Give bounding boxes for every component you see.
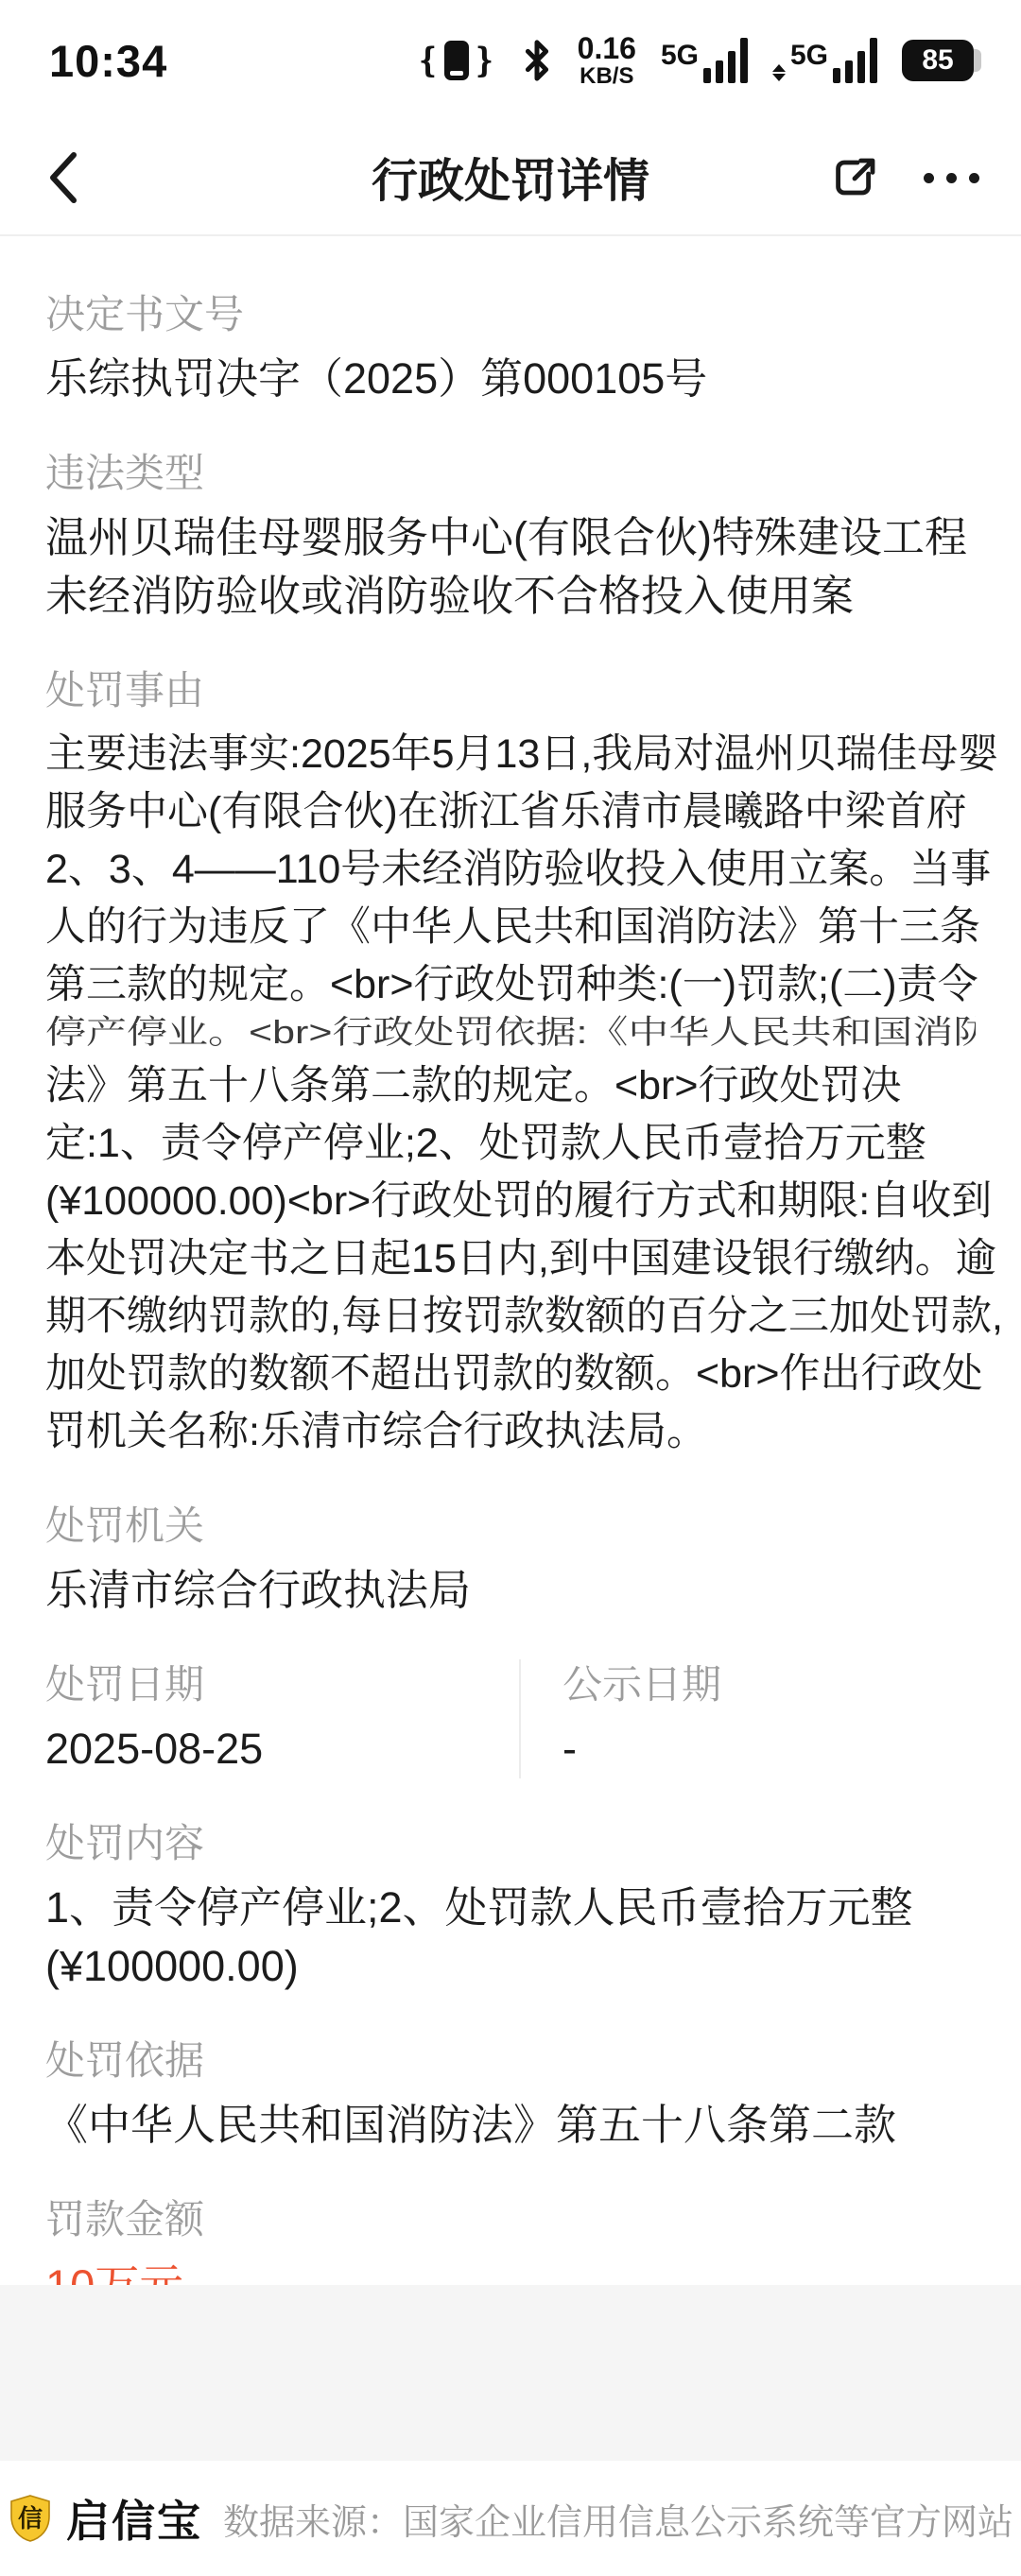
- data-arrows-icon: [772, 64, 786, 81]
- signal-bars-icon: [833, 38, 877, 83]
- status-icons: ❴ ❵ 0.16 KB/S 5G 5G 85: [416, 33, 974, 88]
- section-fine-amount: 罚款金额 10万元: [45, 2194, 976, 2285]
- svg-text:信: 信: [18, 2504, 43, 2533]
- network-speed-unit: KB/S: [580, 65, 633, 88]
- field-label: 处罚机关: [45, 1501, 976, 1552]
- text-line-clipped: 停产停业。<br>行政处罚依据:《中华人民共和国消防: [45, 1014, 976, 1057]
- section-penalty-content: 处罚内容 1、责令停产停业;2、处罚款人民币壹拾万元整(¥100000.00): [45, 1818, 976, 1996]
- bluetooth-icon: [521, 39, 553, 82]
- network-speed-value: 0.16: [578, 33, 636, 63]
- more-button[interactable]: [924, 173, 979, 183]
- brand-name: 启信宝: [66, 2487, 202, 2550]
- field-label: 公示日期: [562, 1659, 976, 1710]
- status-time: 10:34: [49, 35, 167, 87]
- text-line: 定:1、责令停产停业;2、处罚款人民币壹拾万元整: [45, 1115, 976, 1173]
- field-value: 2025-08-25: [45, 1720, 519, 1778]
- status-bar: 10:34 ❴ ❵ 0.16 KB/S 5G 5G: [0, 0, 1021, 121]
- field-label: 决定书文号: [45, 289, 976, 340]
- vibrate-icon: ❴ ❵: [416, 41, 495, 80]
- field-label: 罚款金额: [45, 2194, 976, 2245]
- field-value: -: [562, 1720, 976, 1778]
- field-value: 温州贝瑞佳母婴服务中心(有限合伙)特殊建设工程未经消防验收或消防验收不合格投入使…: [45, 508, 976, 626]
- field-label: 处罚日期: [45, 1659, 519, 1710]
- data-source-footer: 信 启信宝 数据来源：国家企业信用信息公示系统等官方网站: [0, 2461, 1021, 2576]
- text-line: 服务中心(有限合伙)在浙江省乐清市晨曦路中梁首府: [45, 783, 976, 841]
- text-line: 加处罚款的数额不超出罚款的数额。<br>作出行政处: [45, 1346, 976, 1403]
- text-line: 2、3、4——110号未经消防验收投入使用立案。当事: [45, 841, 976, 899]
- sim1-network-label: 5G: [661, 42, 699, 70]
- text-line: 期不缴纳罚款的,每日按罚款数额的百分之三加处罚款,: [45, 1288, 976, 1346]
- more-icon: [924, 173, 979, 183]
- page-title: 行政处罚详情: [240, 145, 781, 211]
- section-document-number: 决定书文号 乐综执罚决字（2025）第000105号: [45, 289, 976, 408]
- app-screen: 10:34 ❴ ❵ 0.16 KB/S 5G 5G: [0, 0, 1021, 2576]
- text-line: (¥100000.00)<br>行政处罚的履行方式和期限:自收到: [45, 1173, 976, 1230]
- bottom-spacer-band: [0, 2285, 1021, 2461]
- network-speed: 0.16 KB/S: [578, 33, 636, 88]
- text-line: 罚机关名称:乐清市综合行政执法局。: [45, 1403, 976, 1461]
- penalty-date-column: 处罚日期 2025-08-25: [45, 1659, 519, 1778]
- qixinbao-logo-icon: 信: [8, 2494, 53, 2543]
- data-source-text: 数据来源：国家企业信用信息公示系统等官方网站: [223, 2493, 1013, 2545]
- battery-level: 85: [922, 44, 953, 77]
- text-line: 法》第五十八条第二款的规定。<br>行政处罚决: [45, 1057, 976, 1115]
- share-icon: [829, 151, 882, 204]
- text-line: 第三款的规定。<br>行政处罚种类:(一)罚款;(二)责令: [45, 956, 976, 1014]
- field-value: 乐清市综合行政执法局: [45, 1561, 976, 1620]
- signal-sim2: 5G: [772, 38, 877, 83]
- text-line: 本处罚决定书之日起15日内,到中国建设银行缴纳。逾: [45, 1230, 976, 1288]
- section-penalty-reason: 处罚事由 主要违法事实:2025年5月13日,我局对温州贝瑞佳母婴 服务中心(有…: [45, 665, 976, 1461]
- field-value: 《中华人民共和国消防法》第五十八条第二款: [45, 2096, 976, 2155]
- field-label: 违法类型: [45, 448, 976, 499]
- signal-sim1: 5G: [661, 38, 748, 83]
- field-label: 处罚事由: [45, 665, 976, 716]
- section-dates: 处罚日期 2025-08-25 公示日期 -: [45, 1659, 976, 1778]
- chevron-left-icon: [42, 149, 85, 206]
- section-violation-type: 违法类型 温州贝瑞佳母婴服务中心(有限合伙)特殊建设工程未经消防验收或消防验收不…: [45, 448, 976, 626]
- fine-amount-value: 10万元: [45, 2257, 976, 2285]
- field-label: 处罚内容: [45, 1818, 976, 1869]
- detail-scroll-area[interactable]: 决定书文号 乐综执罚决字（2025）第000105号 违法类型 温州贝瑞佳母婴服…: [0, 236, 1021, 2285]
- section-penalty-basis: 处罚依据 《中华人民共和国消防法》第五十八条第二款: [45, 2035, 976, 2155]
- share-button[interactable]: [829, 151, 882, 204]
- sim2-network-label: 5G: [790, 42, 828, 70]
- penalty-reason-text: 主要违法事实:2025年5月13日,我局对温州贝瑞佳母婴 服务中心(有限合伙)在…: [45, 726, 976, 1461]
- battery-icon: 85: [902, 40, 974, 81]
- text-line: 人的行为违反了《中华人民共和国消防法》第十三条: [45, 899, 976, 956]
- signal-bars-icon: [703, 38, 748, 83]
- section-penalty-authority: 处罚机关 乐清市综合行政执法局: [45, 1501, 976, 1620]
- field-value: 乐综执罚决字（2025）第000105号: [45, 350, 976, 408]
- field-value: 1、责令停产停业;2、处罚款人民币壹拾万元整(¥100000.00): [45, 1879, 976, 1996]
- nav-header: 行政处罚详情: [0, 121, 1021, 236]
- field-label: 处罚依据: [45, 2035, 976, 2087]
- back-button[interactable]: [42, 149, 85, 206]
- text-line: 主要违法事实:2025年5月13日,我局对温州贝瑞佳母婴: [45, 726, 976, 783]
- publish-date-column: 公示日期 -: [519, 1659, 976, 1778]
